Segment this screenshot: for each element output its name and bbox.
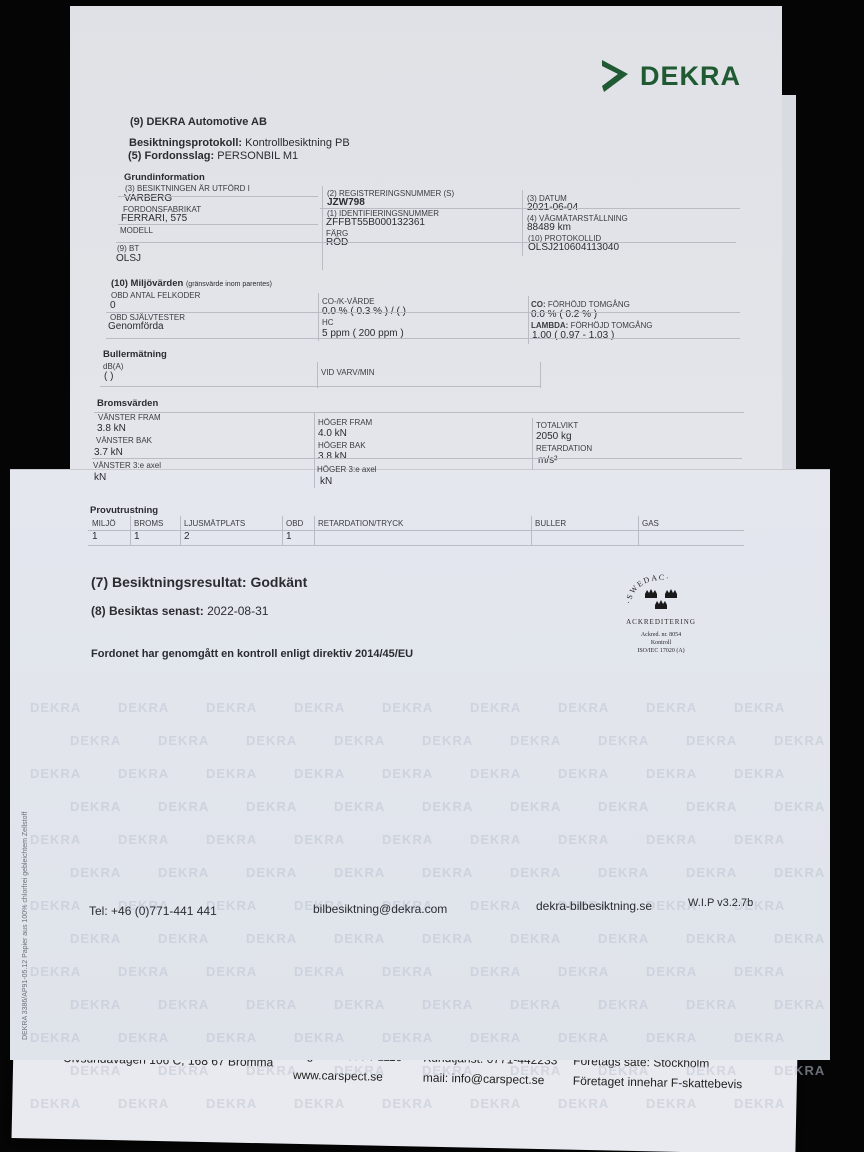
vehicle-class-label: (5) Fordonsslag: [128, 150, 214, 162]
next-inspection: (8) Besiktas senast: 2022-08-31 [91, 604, 268, 618]
dekra-watermark: DEKRA [382, 700, 433, 715]
dekra-watermark: DEKRA [246, 865, 297, 880]
dekra-watermark: DEKRA [158, 865, 209, 880]
dekra-watermark: DEKRA [30, 964, 81, 979]
dekra-watermark: DEKRA [70, 931, 121, 946]
dekra-watermark: DEKRA [510, 1063, 561, 1078]
location-label: (3) BESIKTNINGEN ÄR UTFÖRD I [125, 184, 250, 193]
dekra-watermark: DEKRA [558, 1030, 609, 1045]
dekra-watermark: DEKRA [30, 832, 81, 847]
lambda-label-bold: LAMBDA: [531, 321, 568, 330]
obd-faults-label: OBD ANTAL FELKODER [111, 291, 200, 300]
company-name: (9) DEKRA Automotive AB [130, 116, 267, 128]
dekra-watermark: DEKRA [686, 799, 737, 814]
dekra-watermark: DEKRA [734, 832, 785, 847]
obd-selftest-value: Genomförda [108, 321, 164, 332]
dekra-arrow-icon [598, 58, 632, 94]
dekra-watermark: DEKRA [646, 964, 697, 979]
dekra-watermark: DEKRA [510, 799, 561, 814]
db-label: dB(A) [103, 362, 123, 371]
dekra-watermark: DEKRA [158, 733, 209, 748]
dekra-watermark: DEKRA [598, 865, 649, 880]
registration-value: JZW798 [327, 197, 365, 208]
bt-value: OLSJ [116, 253, 141, 264]
dekra-watermark: DEKRA [598, 997, 649, 1012]
left-rear-label: VÄNSTER BAK [96, 436, 152, 445]
dekra-watermark: DEKRA [246, 733, 297, 748]
right-front-value: 4.0 kN [318, 428, 347, 439]
inspection-protocol-lower-fold: DEKRADEKRADEKRADEKRADEKRADEKRADEKRADEKRA… [10, 470, 830, 1060]
dekra-watermark: DEKRA [118, 1030, 169, 1045]
hc-label: HC [322, 318, 334, 327]
dekra-watermark: DEKRA [558, 1096, 609, 1111]
version: W.I.P v3.2.7b [688, 897, 753, 909]
rpm-label: VID VARV/MIN [321, 368, 375, 377]
next-inspection-label: (8) Besiktas senast: [91, 604, 204, 618]
dekra-watermark: DEKRA [774, 733, 825, 748]
dekra-watermark: DEKRA [598, 931, 649, 946]
equipment-col-value: 1 [92, 531, 98, 542]
right-rear-value: 3.8 kN [318, 451, 347, 462]
dekra-watermark: DEKRA [558, 832, 609, 847]
dekra-watermark: DEKRA [158, 997, 209, 1012]
dekra-watermark: DEKRA [686, 997, 737, 1012]
dekra-watermark: DEKRA [510, 865, 561, 880]
vehicle-class-value: PERSONBIL M1 [217, 150, 298, 162]
dekra-watermark: DEKRA [246, 1063, 297, 1078]
dekra-watermark: DEKRA [382, 832, 433, 847]
dekra-watermark: DEKRA [294, 1030, 345, 1045]
lambda-value: 1.00 ( 0.97 - 1.03 ) [532, 330, 614, 341]
location-value: VARBERG [124, 193, 172, 204]
swedac-seal: ·SWEDAC· ACKREDITERING Ackred. nr. 8054 … [616, 574, 706, 654]
equipment-col-label: MILJÖ [92, 519, 116, 528]
dekra-watermark: DEKRA [470, 1096, 521, 1111]
svg-text:·SWEDAC·: ·SWEDAC· [624, 574, 671, 604]
equipment-col-label: OBD [286, 519, 303, 528]
left-third-axle-label: VÄNSTER 3:e axel [93, 461, 161, 470]
dekra-watermark: DEKRA [118, 832, 169, 847]
obd-faults-value: 0 [110, 300, 116, 311]
equipment-col-value: 1 [286, 531, 292, 542]
dekra-watermark: DEKRA [470, 898, 521, 913]
dekra-watermark: DEKRA [334, 1063, 385, 1078]
dekra-watermark: DEKRA [598, 733, 649, 748]
dekra-watermark: DEKRA [422, 931, 473, 946]
dekra-watermark: DEKRA [422, 865, 473, 880]
phone-number: Tel: +46 (0)771-441 441 [89, 904, 217, 918]
dekra-watermark: DEKRA [734, 964, 785, 979]
left-third-axle-value: kN [94, 472, 106, 483]
dekra-watermark: DEKRA [382, 766, 433, 781]
bt-label: (9) BT [117, 244, 139, 253]
dekra-watermark: DEKRA [510, 733, 561, 748]
retardation-label: RETARDATION [536, 444, 592, 453]
dekra-watermark: DEKRA [734, 1030, 785, 1045]
dekra-watermark: DEKRA [470, 1030, 521, 1045]
dekra-watermark: DEKRA [334, 931, 385, 946]
right-third-axle-label: HÖGER 3:e axel [317, 465, 377, 474]
dekra-watermark: DEKRA [158, 799, 209, 814]
directive-statement: Fordonet har genomgått en kontroll enlig… [91, 648, 413, 660]
protocol-label: Besiktningsprotokoll: [129, 137, 242, 149]
dekra-watermark: DEKRA [334, 799, 385, 814]
dekra-watermark: DEKRA [470, 964, 521, 979]
inspection-result: (7) Besiktningsresultat: Godkänt [91, 574, 307, 590]
dekra-watermark: DEKRA [118, 700, 169, 715]
dekra-watermark: DEKRA [646, 1030, 697, 1045]
retardation-value: m/s² [538, 455, 557, 466]
dekra-watermark: DEKRA [774, 1063, 825, 1078]
dekra-watermark: DEKRA [422, 733, 473, 748]
dekra-watermark: DEKRA [206, 964, 257, 979]
dekra-watermark: DEKRA [558, 766, 609, 781]
section-title-bullermatning: Bullermätning [103, 349, 167, 360]
dekra-watermark: DEKRA [646, 766, 697, 781]
dekra-watermark: DEKRA [70, 799, 121, 814]
dekra-watermark: DEKRA [294, 766, 345, 781]
protocol-id-value: OLSJ210604113040 [528, 242, 619, 253]
section-title-grundinformation: Grundinformation [124, 172, 205, 183]
dekra-watermark: DEKRA [206, 1030, 257, 1045]
dekra-watermark: DEKRA [30, 1096, 81, 1111]
dekra-watermark: DEKRA [774, 997, 825, 1012]
seal-accreditation-number: Ackred. nr. 8054 [616, 631, 706, 639]
dekra-watermark: DEKRA [118, 964, 169, 979]
svg-text:ACKREDITERING: ACKREDITERING [626, 618, 696, 626]
dekra-watermark: DEKRA [646, 700, 697, 715]
section-title-provutrustning: Provutrustning [90, 505, 158, 516]
dekra-watermark: DEKRA [734, 700, 785, 715]
dekra-watermark: DEKRA [598, 1063, 649, 1078]
total-weight-label: TOTALVIKT [536, 421, 578, 430]
dekra-watermark: DEKRA [734, 766, 785, 781]
right-rear-label: HÖGER BAK [318, 441, 366, 450]
dekra-watermark: DEKRA [294, 700, 345, 715]
protocol-type: Besiktningsprotokoll: Kontrollbesiktning… [129, 137, 350, 149]
co-k-label: CO-/K-VÄRDE [322, 297, 374, 306]
dekra-watermark: DEKRA [206, 700, 257, 715]
dekra-watermark: DEKRA [558, 700, 609, 715]
dekra-watermark: DEKRA [510, 931, 561, 946]
section-title-bromsvarden: Bromsvärden [97, 398, 158, 409]
seal-scope: Kontroll [616, 639, 706, 647]
dekra-watermark: DEKRA [294, 832, 345, 847]
dekra-watermark: DEKRA [206, 766, 257, 781]
dekra-watermark: DEKRA [334, 997, 385, 1012]
dekra-watermark: DEKRA [158, 1063, 209, 1078]
next-inspection-date: 2022-08-31 [207, 604, 268, 618]
dekra-watermark: DEKRA [774, 865, 825, 880]
dekra-watermark: DEKRA [382, 1030, 433, 1045]
co-idle-label-bold: CO: [531, 300, 546, 309]
equipment-col-label: LJUSMÄTPLATS [184, 519, 245, 528]
dekra-watermark: DEKRA [70, 733, 121, 748]
right-front-label: HÖGER FRAM [318, 418, 372, 427]
vehicle-class: (5) Fordonsslag: PERSONBIL M1 [128, 150, 298, 162]
equipment-col-value: 1 [134, 531, 140, 542]
dekra-watermark: DEKRA [206, 832, 257, 847]
dekra-watermark: DEKRA [30, 766, 81, 781]
dekra-watermark: DEKRA [598, 799, 649, 814]
dekra-watermark: DEKRA [30, 1030, 81, 1045]
dekra-watermark: DEKRA [686, 865, 737, 880]
miljovarden-title: (10) Miljövärden [111, 278, 183, 289]
dekra-watermark: DEKRA [558, 964, 609, 979]
dekra-watermark: DEKRA [510, 997, 561, 1012]
co-idle-label-text: FÖRHÖJD TOMGÅNG [548, 300, 630, 309]
left-rear-value: 3.7 kN [94, 447, 123, 458]
dekra-watermark: DEKRA [774, 799, 825, 814]
section-title-miljovarden: (10) Miljövärden (gränsvärde inom parent… [111, 278, 272, 289]
db-value: ( ) [104, 371, 113, 382]
dekra-watermark: DEKRA [334, 733, 385, 748]
dekra-watermark: DEKRA [382, 1096, 433, 1111]
dekra-watermark: DEKRA [686, 931, 737, 946]
equipment-col-label: BROMS [134, 519, 163, 528]
dekra-watermark: DEKRA [774, 931, 825, 946]
dekra-watermark: DEKRA [646, 1096, 697, 1111]
equipment-col-label: RETARDATION/TRYCK [318, 519, 403, 528]
dekra-watermark: DEKRA [470, 832, 521, 847]
dekra-watermark: DEKRA [118, 1096, 169, 1111]
dekra-watermark: DEKRA [30, 898, 81, 913]
dekra-watermark: DEKRA [422, 1063, 473, 1078]
dekra-watermark: DEKRA [686, 733, 737, 748]
equipment-col-label: BULLER [535, 519, 566, 528]
dekra-watermark: DEKRA [70, 997, 121, 1012]
co-idle-value: 0.0 % ( 0.2 % ) [531, 309, 597, 320]
odometer-value: 88489 km [527, 222, 571, 233]
left-front-value: 3.8 kN [97, 423, 126, 434]
dekra-watermark: DEKRA [422, 997, 473, 1012]
dekra-watermark: DEKRA [206, 1096, 257, 1111]
total-weight-value: 2050 kg [536, 431, 572, 442]
dekra-watermark: DEKRA [246, 997, 297, 1012]
dekra-watermark: DEKRA [470, 700, 521, 715]
left-front-label: VÄNSTER FRAM [98, 413, 161, 422]
equipment-col-label: GAS [642, 519, 659, 528]
website: dekra-bilbesiktning.se [536, 899, 652, 913]
dekra-watermark: DEKRA [70, 865, 121, 880]
equipment-col-value: 2 [184, 531, 190, 542]
miljovarden-subtitle: (gränsvärde inom parentes) [186, 281, 272, 288]
dekra-watermark: DEKRA [334, 865, 385, 880]
right-third-axle-value: kN [320, 476, 332, 487]
protocol-value: Kontrollbesiktning PB [245, 137, 350, 149]
paper-note: DEKRA 3386/AP91-05.12 Papier aus 100% ch… [22, 812, 29, 1040]
dekra-watermark: DEKRA [686, 1063, 737, 1078]
dekra-watermark: DEKRA [246, 799, 297, 814]
dekra-watermark: DEKRA [70, 1063, 121, 1078]
dekra-watermark: DEKRA [294, 1096, 345, 1111]
dekra-watermark: DEKRA [422, 799, 473, 814]
dekra-watermark: DEKRA [382, 964, 433, 979]
dekra-watermark: DEKRA [118, 766, 169, 781]
dekra-watermark: DEKRA [158, 931, 209, 946]
co-idle-label: CO: FÖRHÖJD TOMGÅNG [531, 300, 630, 309]
brand-name: DEKRA [640, 61, 741, 92]
seal-standard: ISO/IEC 17020 (A) [616, 647, 706, 655]
make-value: FERRARI, 575 [121, 213, 187, 224]
lambda-label-text: FÖRHÖJD TOMGÅNG [571, 321, 653, 330]
dekra-watermark: DEKRA [246, 931, 297, 946]
contact-email: bilbesiktning@dekra.com [313, 902, 447, 916]
dekra-watermark: DEKRA [470, 766, 521, 781]
dekra-watermark: DEKRA [646, 832, 697, 847]
dekra-watermark: DEKRA [30, 700, 81, 715]
model-label: MODELL [120, 226, 153, 235]
dekra-watermark: DEKRA [734, 1096, 785, 1111]
dekra-logo: DEKRA [598, 58, 741, 94]
swedac-crowns-icon: ·SWEDAC· ACKREDITERING [621, 574, 701, 626]
dekra-watermark: DEKRA [294, 964, 345, 979]
lambda-label: LAMBDA: FÖRHÖJD TOMGÅNG [531, 321, 653, 330]
vin-value: ZFFBT55B000132361 [326, 217, 425, 228]
